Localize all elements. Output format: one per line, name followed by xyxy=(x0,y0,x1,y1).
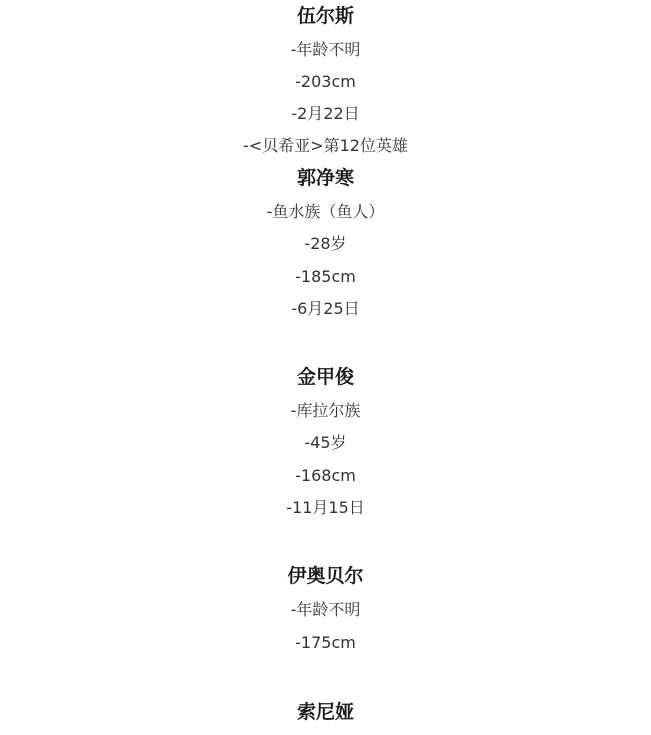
character-name: 郭净寒 xyxy=(0,167,651,189)
character-name: 伍尔斯 xyxy=(0,5,651,27)
character-age: -年龄不明 xyxy=(0,39,651,61)
character-birthday: -2月22日 xyxy=(0,103,651,125)
character-title: -<贝希亚>第12位英雄 xyxy=(0,135,651,157)
character-height: -185cm xyxy=(0,266,651,288)
character-height: -168cm xyxy=(0,465,651,487)
character-race: -库拉尔族 xyxy=(0,400,651,422)
character-birthday: -6月25日 xyxy=(0,298,651,320)
character-height: -203cm xyxy=(0,71,651,93)
character-name: 索尼娅 xyxy=(0,701,651,723)
character-age: -28岁 xyxy=(0,233,651,255)
character-age: -45岁 xyxy=(0,432,651,454)
character-birthday: -11月15日 xyxy=(0,497,651,519)
character-race: -鱼水族（鱼人） xyxy=(0,201,651,223)
character-name: 金甲俊 xyxy=(0,366,651,388)
character-height: -175cm xyxy=(0,632,651,654)
character-name: 伊奥贝尔 xyxy=(0,565,651,587)
character-age: -年龄不明 xyxy=(0,599,651,621)
